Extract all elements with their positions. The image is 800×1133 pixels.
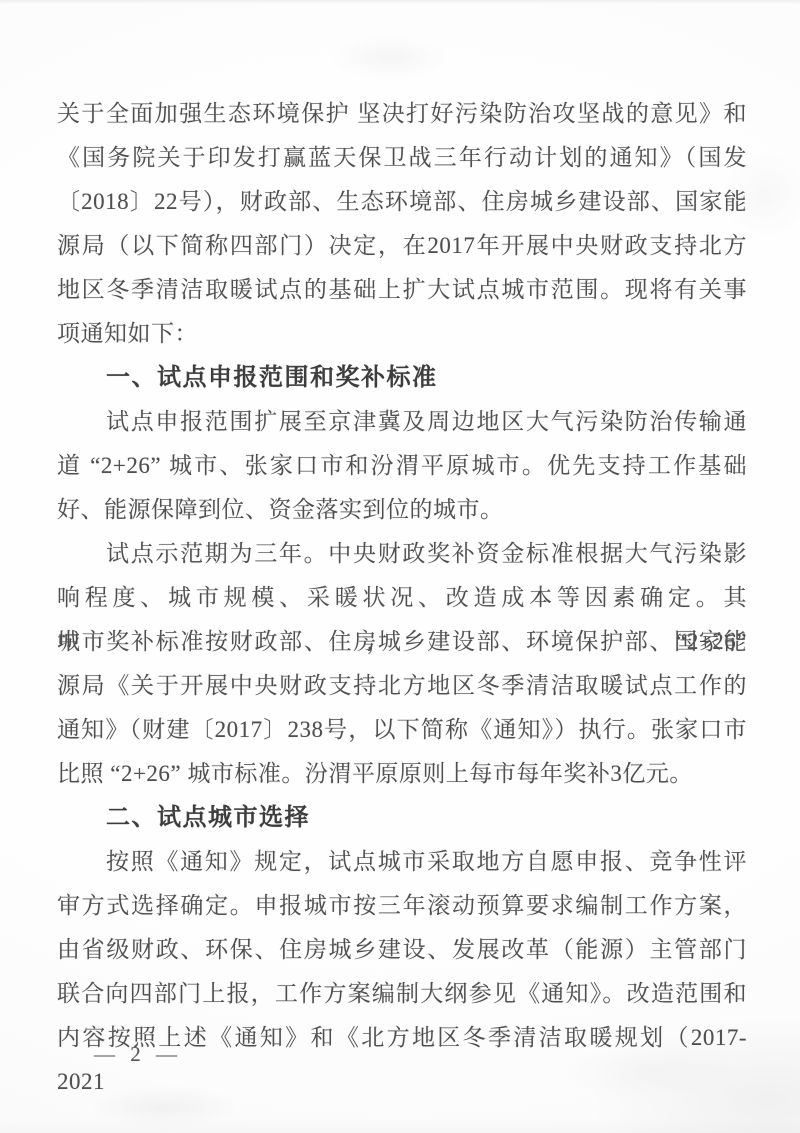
text-line: 联合向四部门上报，工作方案编制大纲参见《通知》。改造范围和 [57,972,747,1016]
document-body: 关于全面加强生态环境保护 坚决打好污染防治攻坚战的意见》和《国务院关于印发打赢蓝… [57,92,747,1060]
text-line: 响程度、城市规模、采暖状况、改造成本等因素确定。其中，“2+26” [57,576,747,620]
text-line: 城市奖补标准按财政部、住房城乡建设部、环境保护部、国家能 [57,620,747,664]
text-line: 源局（以下简称四部门）决定，在2017年开展中央财政支持北方 [57,224,747,268]
text-line: 好、能源保障到位、资金落实到位的城市。 [57,488,747,532]
text-line: 比照 “2+26” 城市标准。汾渭平原原则上每市每年奖补3亿元。 [57,752,747,796]
text-line: 〔2018〕22号），财政部、生态环境部、住房城乡建设部、国家能 [57,180,747,224]
text-line: 通知》（财建〔2017〕238号，以下简称《通知》）执行。张家口市 [57,708,747,752]
page-number: — 2 — [94,1038,182,1070]
text-line: 地区冬季清洁取暖试点的基础上扩大试点城市范围。现将有关事 [57,268,747,312]
text-line: 试点示范期为三年。中央财政奖补资金标准根据大气污染影 [57,532,747,576]
section-heading: 一、试点申报范围和奖补标准 [57,356,747,400]
text-line: 项通知如下： [57,312,747,356]
text-line: 由省级财政、环保、住房城乡建设、发展改革（能源）主管部门 [57,928,747,972]
scan-smudge [90,1085,240,1130]
text-line: 关于全面加强生态环境保护 坚决打好污染防治攻坚战的意见》和 [57,92,747,136]
scanned-document-page: 关于全面加强生态环境保护 坚决打好污染防治攻坚战的意见》和《国务院关于印发打赢蓝… [0,0,800,1133]
scan-smudge [330,35,450,80]
text-line: 试点申报范围扩展至京津冀及周边地区大气污染防治传输通 [57,400,747,444]
section-heading: 二、试点城市选择 [57,796,747,840]
text-line: 审方式选择确定。申报城市按三年滚动预算要求编制工作方案， [57,884,747,928]
text-line: 源局《关于开展中央财政支持北方地区冬季清洁取暖试点工作的 [57,664,747,708]
text-line: 《国务院关于印发打赢蓝天保卫战三年行动计划的通知》（国发 [57,136,747,180]
text-line: 按照《通知》规定，试点城市采取地方自愿申报、竞争性评 [57,840,747,884]
text-line: 道 “2+26” 城市、张家口市和汾渭平原城市。优先支持工作基础 [57,444,747,488]
